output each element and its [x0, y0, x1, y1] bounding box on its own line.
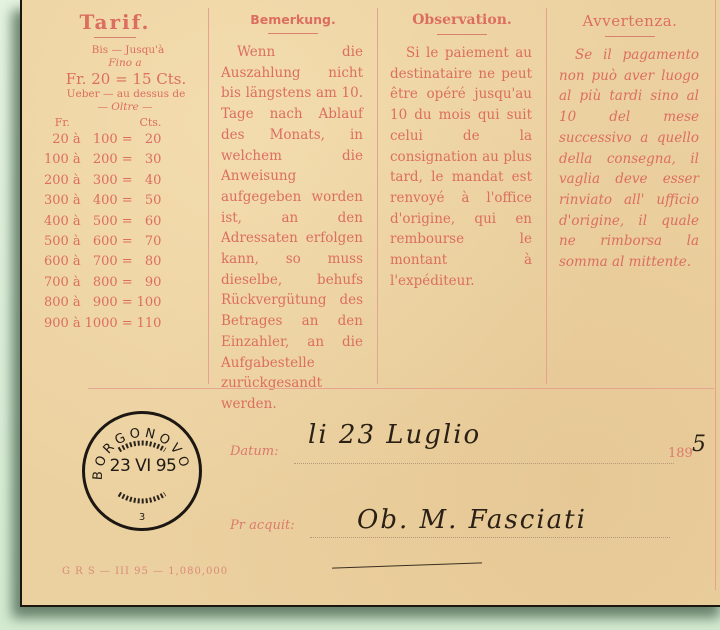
rate-sep: à [71, 232, 83, 252]
rate-sep: à [71, 293, 83, 313]
rate-cts: 50 [135, 191, 164, 211]
rate-cts: 20 [135, 130, 164, 150]
rate-cts: 90 [135, 273, 164, 293]
rate-sep: à [71, 273, 83, 293]
french-note-title: Observation. [378, 12, 546, 28]
rate-cts: 70 [135, 232, 164, 252]
rate-eq: = [120, 150, 135, 170]
rate-eq: = [120, 232, 135, 252]
right-margin-line [715, 0, 716, 590]
rate-row: 900à1000=110 [42, 314, 163, 334]
rate-from: 800 [42, 293, 71, 313]
rate-to: 400 [83, 191, 120, 211]
rate-from: 20 [42, 130, 71, 150]
over-label-it: — Oltre — [22, 101, 208, 114]
rate-from: 900 [42, 314, 71, 334]
italian-note-title: Avvertenza. [547, 12, 713, 30]
title-underline [605, 36, 655, 37]
rate-cts: 40 [135, 171, 164, 191]
rate-row: 300à400=50 [42, 191, 163, 211]
receipt-label: Pr acquit: [230, 518, 295, 533]
section-divider [88, 388, 714, 389]
title-underline [437, 34, 487, 35]
rate-sep: à [71, 130, 83, 150]
rate-eq: = [120, 171, 135, 191]
rate-row: 200à300=40 [42, 171, 163, 191]
tarif-title: Tarif. [22, 10, 208, 34]
rate-to: 500 [83, 212, 120, 232]
german-note-text: Wenn die Auszahlung nicht bis längstens … [209, 42, 377, 415]
rate-from: 400 [42, 212, 71, 232]
rate-row: 100à200=30 [42, 150, 163, 170]
rate-eq: = [120, 191, 135, 211]
rate-to: 300 [83, 171, 120, 191]
receipt-line [310, 536, 670, 538]
postmark: BORGONOVO 3 23 VI 95 [82, 411, 202, 531]
italian-note-column: Avvertenza. Se il pagamento non può aver… [547, 0, 713, 384]
title-underline [268, 33, 318, 34]
rate-row: 400à500=60 [42, 212, 163, 232]
money-order-card: Tarif. Bis — Jusqu'à Fino a Fr. 20 = 15 … [20, 0, 720, 607]
rate-to: 1000 [83, 314, 120, 334]
over-label: Ueber — au dessus de [22, 88, 208, 101]
date-line [294, 462, 674, 464]
rate-from: 100 [42, 150, 71, 170]
title-underline [94, 37, 136, 38]
rate-sep: à [71, 212, 83, 232]
year-handwritten: 5 [692, 432, 708, 457]
rate-to: 800 [83, 273, 120, 293]
printer-imprint: G R S — III 95 — 1,080,000 [62, 566, 228, 577]
rate-sep: à [71, 252, 83, 272]
rate-from: 700 [42, 273, 71, 293]
tarif-column: Tarif. Bis — Jusqu'à Fino a Fr. 20 = 15 … [22, 0, 208, 384]
rate-sep: à [71, 191, 83, 211]
upto-label-it: Fino a [22, 57, 208, 70]
german-note-title: Bemerkung. [209, 12, 377, 27]
rate-eq: = [120, 212, 135, 232]
rate-row: 20à100=20 [42, 130, 163, 150]
rate-eq: = [120, 252, 135, 272]
postmark-date: 23 VI 95 [99, 456, 187, 476]
base-rate: Fr. 20 = 15 Cts. [22, 70, 208, 88]
year-prefix: 189 [668, 446, 693, 461]
rate-row: 500à600=70 [42, 232, 163, 252]
rate-sep: à [71, 150, 83, 170]
rate-from: 200 [42, 171, 71, 191]
rate-row: 600à700=80 [42, 252, 163, 272]
rate-table-header: Fr. Cts. [42, 116, 163, 130]
rate-from: 500 [42, 232, 71, 252]
col-fr: Fr. [42, 116, 83, 130]
french-note-column: Observation. Si le paiement au destinata… [378, 0, 546, 384]
rate-eq: = [120, 293, 135, 313]
rate-to: 900 [83, 293, 120, 313]
date-handwritten: li 23 Luglio [308, 420, 481, 450]
rate-to: 700 [83, 252, 120, 272]
col-cts: Cts. [135, 116, 164, 130]
rate-eq: = [120, 314, 135, 334]
rate-cts: 100 [135, 293, 164, 313]
rate-cts: 80 [135, 252, 164, 272]
rate-sep: à [71, 171, 83, 191]
receipt-signature: Ob. M. Fasciati [357, 505, 587, 535]
signature-underline [332, 562, 482, 568]
rate-to: 100 [83, 130, 120, 150]
rate-eq: = [120, 130, 135, 150]
rate-eq: = [120, 273, 135, 293]
rate-cts: 60 [135, 212, 164, 232]
rate-cts: 110 [135, 314, 164, 334]
rate-table: Fr. Cts. 20à100=20 100à200=30 200à300=40… [42, 116, 163, 334]
rate-sep: à [71, 314, 83, 334]
rate-row: 800à900=100 [42, 293, 163, 313]
rate-to: 600 [83, 232, 120, 252]
upto-label: Bis — Jusqu'à [22, 44, 208, 57]
german-note-column: Bemerkung. Wenn die Auszahlung nicht bis… [209, 0, 377, 384]
date-label: Datum: [230, 444, 278, 459]
french-note-text: Si le paiement au destinataire ne peut ê… [378, 43, 546, 291]
rate-from: 300 [42, 191, 71, 211]
rate-to: 200 [83, 150, 120, 170]
rate-row: 700à800=90 [42, 273, 163, 293]
italian-note-text: Se il pagamento non può aver luogo al pi… [547, 45, 713, 273]
rate-cts: 30 [135, 150, 164, 170]
postmark-bottom-mark: 3 [139, 512, 145, 523]
rate-from: 600 [42, 252, 71, 272]
